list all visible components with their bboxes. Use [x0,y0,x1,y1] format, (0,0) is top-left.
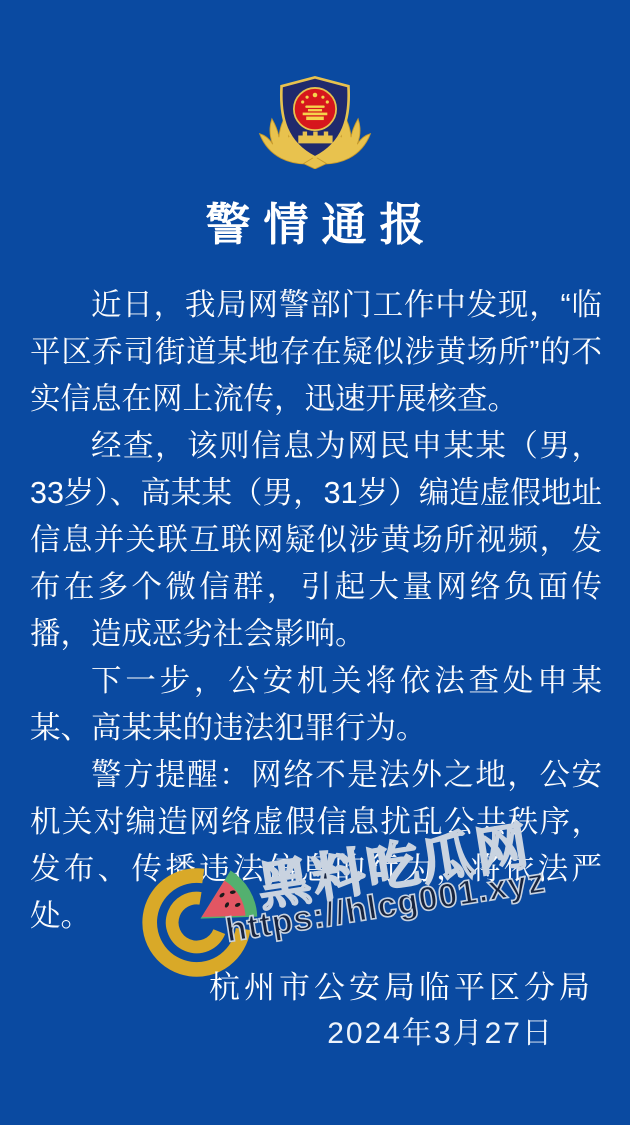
police-badge-icon [249,72,381,174]
notice-paragraph: 下一步，公安机关将依法查处申某某、高某某的违法犯罪行为。 [30,658,602,752]
notice-paragraph: 近日，我局网警部门工作中发现，“临平区乔司街道某地存在疑似涉黄场所”的不实信息在… [30,282,602,423]
notice-paragraph: 警方提醒：网络不是法外之地，公安机关对编造网络虚假信息扰乱公共秩序，发布、传播违… [30,752,602,940]
issuing-authority: 杭州市公安局临平区分局 [0,962,630,1007]
notice-paragraph: 经查，该则信息为网民申某某（男，33岁）、高某某（男，31岁）编造虚假地址信息并… [30,423,602,658]
police-notice-page: 警情通报 近日，我局网警部门工作中发现，“临平区乔司街道某地存在疑似涉黄场所”的… [0,0,630,1125]
notice-date: 2024年3月27日 [0,1008,630,1052]
page-title: 警情通报 [0,188,630,253]
notice-body: 近日，我局网警部门工作中发现，“临平区乔司街道某地存在疑似涉黄场所”的不实信息在… [30,282,602,940]
